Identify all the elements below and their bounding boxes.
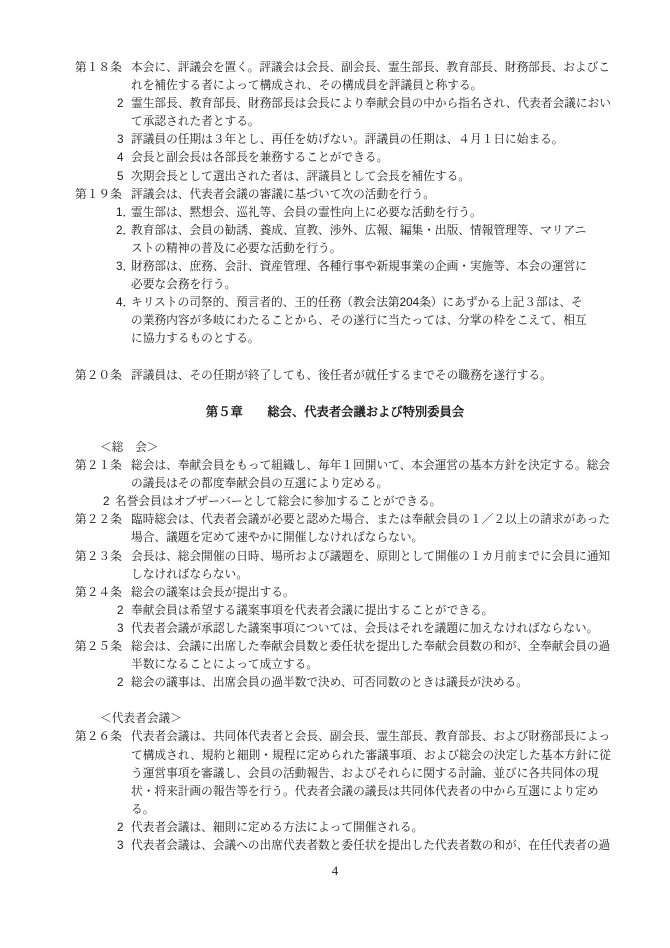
- line-text: 本会に、評議会を置く。評議会は会長、副会長、霊生部長、教育部長、財務部長、および…: [131, 59, 610, 77]
- document-line: 4．キリストの司祭的、預言者的、王的任務（教会法第204条）にあずかる上記３部は…: [0, 294, 670, 312]
- line-text: 半数になることによって成立する。: [131, 656, 318, 674]
- document-line: 3代表者会議は、会議への出席代表者数と委任状を提出した代表者数の和が、在任代表者…: [0, 837, 670, 855]
- document-line: 第２２条臨時総会は、代表者会議が必要と認めた場合、または奉献会員の１／２以上の請…: [0, 511, 670, 529]
- article-number: 第２６条: [75, 728, 122, 746]
- line-text: 評議員の任期は３年とし、再任を妨げない。評議員の任期は、４月１日に始まる。: [131, 131, 563, 149]
- line-text: て承認された者とする。: [131, 113, 260, 131]
- document-line: に協力するものとする。: [0, 330, 670, 348]
- article-number: 第１８条: [75, 59, 122, 77]
- line-text: 名誉会員はオブザーバーとして総会に参加することができる。: [115, 493, 441, 511]
- line-text: 会長は、総会開催の日時、場所および議題を、原則として開催の１カ月前までに会員に通…: [131, 548, 610, 566]
- document-line: 第２１条総会は、奉献会員をもって組織し、毎年１回開いて、本会運営の基本方針を決定…: [0, 457, 670, 475]
- document-line: る。: [0, 801, 670, 819]
- document-line: しなければならない。: [0, 566, 670, 584]
- item-number: 3: [117, 620, 124, 638]
- line-text: 霊生部長、教育部長、財務部長は会長により奉献会員の中から指名され、代表者会議にお…: [131, 95, 611, 113]
- line-text: 霊生部は、黙想会、巡礼等、会員の霊性向上に必要な活動を行う。: [131, 204, 482, 222]
- line-text: 総会は、奉献会員をもって組織し、毎年１回開いて、本会運営の基本方針を決定する。総…: [131, 457, 610, 475]
- document-page: 第１８条本会に、評議会を置く。評議会は会長、副会長、霊生部長、教育部長、財務部長…: [0, 0, 670, 948]
- line-text: 次期会長として選出された者は、評議員として会長を補佐する。: [131, 168, 470, 186]
- blank-line: [0, 421, 670, 439]
- line-text: 財務部は、庶務、会計、資産管理、各種行事や新規事業の企画・実施等、本会の運営に: [131, 258, 587, 276]
- line-text: キリストの司祭的、預言者的、王的任務（教会法第204条）にあずかる上記３部は、そ: [131, 294, 583, 312]
- line-text: 必要な会務を行う。: [131, 276, 236, 294]
- document-line: 2総会の議事は、出席会員の過半数で決め、可否同数のときは議長が決める。: [0, 674, 670, 692]
- document-line: 3．財務部は、庶務、会計、資産管理、各種行事や新規事業の企画・実施等、本会の運営…: [0, 258, 670, 276]
- item-number: 3: [117, 131, 124, 149]
- line-text: 会長と副会長は各部長を兼務することができる。: [131, 149, 388, 167]
- line-text: 臨時総会は、代表者会議が必要と認めた場合、または奉献会員の１／２以上の請求があっ…: [131, 511, 610, 529]
- document-line: 2代表者会議は、細則に定める方法によって開催される。: [0, 819, 670, 837]
- line-text: 状・将来計画の報告等を行う。代表者会議の議長は共同体代表者の中から互選により定め: [131, 783, 599, 801]
- article-number: 第２２条: [75, 511, 122, 529]
- document-line: 2霊生部長、教育部長、財務部長は会長により奉献会員の中から指名され、代表者会議に…: [0, 95, 670, 113]
- line-text: ストの精神の普及に必要な活動を行う。: [131, 240, 341, 258]
- document-line: 第１９条評議会は、代表者会議の審議に基づいて次の活動を行う。: [0, 186, 670, 204]
- line-text: ＜代表者会議＞: [100, 710, 182, 728]
- line-text: 総会の議案は会長が提出する。: [131, 584, 295, 602]
- line-text: しなければならない。: [131, 566, 248, 584]
- item-number: 3: [117, 837, 124, 855]
- line-text: 代表者会議は、細則に定める方法によって開催される。: [131, 819, 423, 837]
- document-line: 1．霊生部は、黙想会、巡礼等、会員の霊性向上に必要な活動を行う。: [0, 204, 670, 222]
- chapter-heading: 第５章 総会、代表者会議および特別委員会: [0, 403, 670, 421]
- blank-line: [0, 692, 670, 710]
- article-number: 第２５条: [75, 638, 122, 656]
- document-line: れを補佐する者によって構成され、その構成員を評議員と称する。: [0, 77, 670, 95]
- item-number: 2: [103, 493, 110, 511]
- line-text: 総会は、会議に出席した奉献会員数と委任状を提出した奉献会員数の和が、全奉献会員の…: [131, 638, 610, 656]
- line-text: 場合、議題を定めて速やかに開催しなければならない。: [131, 529, 423, 547]
- line-text: 総会の議事は、出席会員の過半数で決め、可否同数のときは議長が決める。: [131, 674, 528, 692]
- document-line: 5次期会長として選出された者は、評議員として会長を補佐する。: [0, 168, 670, 186]
- line-text: て構成され、規約と細則・規程に定められた審議事項、および総会の決定した基本方針に…: [131, 747, 611, 765]
- document-line: 第２０条評議員は、その任期が終了しても、後任者が就任するまでその職務を遂行する。: [0, 367, 670, 385]
- document-line: 状・将来計画の報告等を行う。代表者会議の議長は共同体代表者の中から互選により定め: [0, 783, 670, 801]
- article-number: 第２４条: [75, 584, 122, 602]
- document-line: 第２３条会長は、総会開催の日時、場所および議題を、原則として開催の１カ月前までに…: [0, 548, 670, 566]
- line-text: の業務内容が多岐にわたることから、その遂行に当たっては、分掌の枠をこえて、相互: [131, 312, 587, 330]
- section-tag: ＜総 会＞: [0, 439, 670, 457]
- item-number: 5: [117, 168, 124, 186]
- document-line: 3評議員の任期は３年とし、再任を妨げない。評議員の任期は、４月１日に始まる。: [0, 131, 670, 149]
- line-text: る。: [131, 801, 154, 819]
- line-text: れを補佐する者によって構成され、その構成員を評議員と称する。: [131, 77, 482, 95]
- document-line: の議長はその都度奉献会員の互選により定める。: [0, 475, 670, 493]
- blank-line: [0, 385, 670, 403]
- blank-line: [0, 349, 670, 367]
- line-text: 第５章 総会、代表者会議および特別委員会: [206, 405, 464, 419]
- article-number: 第２１条: [75, 457, 122, 475]
- line-text: 評議会は、代表者会議の審議に基づいて次の活動を行う。: [131, 186, 435, 204]
- document-line: 2名誉会員はオブザーバーとして総会に参加することができる。: [0, 493, 670, 511]
- document-line: 必要な会務を行う。: [0, 276, 670, 294]
- item-number: 2: [117, 602, 124, 620]
- line-text: う運営事項を審議し、会員の活動報告、およびそれらに関する討論、並びに各共同体の現: [131, 765, 599, 783]
- document-line: 半数になることによって成立する。: [0, 656, 670, 674]
- document-line: 第２６条代表者会議は、共同体代表者と会長、副会長、霊生部長、教育部長、および財務…: [0, 728, 670, 746]
- line-text: 代表者会議は、共同体代表者と会長、副会長、霊生部長、教育部長、および財務部長によ…: [131, 728, 610, 746]
- line-text: の議長はその都度奉献会員の互選により定める。: [131, 475, 388, 493]
- line-text: 評議員は、その任期が終了しても、後任者が就任するまでその職務を遂行する。: [131, 367, 552, 385]
- document-line: 第１８条本会に、評議会を置く。評議会は会長、副会長、霊生部長、教育部長、財務部長…: [0, 59, 670, 77]
- document-line: ストの精神の普及に必要な活動を行う。: [0, 240, 670, 258]
- document-body: 第１８条本会に、評議会を置く。評議会は会長、副会長、霊生部長、教育部長、財務部長…: [0, 59, 670, 855]
- document-line: 2奉献会員は希望する議案事項を代表者会議に提出することができる。: [0, 602, 670, 620]
- page-number: 4: [0, 864, 670, 879]
- article-number: 第２０条: [75, 367, 122, 385]
- section-tag: ＜代表者会議＞: [0, 710, 670, 728]
- line-text: に協力するものとする。: [131, 330, 260, 348]
- line-text: 教育部は、会員の勧誘、養成、宣教、渉外、広報、編集・出版、情報管理等、マリアニ: [131, 222, 586, 240]
- document-line: 場合、議題を定めて速やかに開催しなければならない。: [0, 529, 670, 547]
- line-text: 奉献会員は希望する議案事項を代表者会議に提出することができる。: [131, 602, 493, 620]
- line-text: ＜総 会＞: [100, 439, 158, 457]
- document-line: 3代表者会議が承認した議案事項については、会長はそれを議題に加えなければならない…: [0, 620, 670, 638]
- article-number: 第１９条: [75, 186, 122, 204]
- item-number: 4: [117, 149, 124, 167]
- item-number: 2: [117, 674, 124, 692]
- line-text: 代表者会議が承認した議案事項については、会長はそれを議題に加えなければならない。: [131, 620, 598, 638]
- article-number: 第２３条: [75, 548, 122, 566]
- document-line: 2．教育部は、会員の勧誘、養成、宣教、渉外、広報、編集・出版、情報管理等、マリア…: [0, 222, 670, 240]
- document-line: て承認された者とする。: [0, 113, 670, 131]
- document-line: う運営事項を審議し、会員の活動報告、およびそれらに関する討論、並びに各共同体の現: [0, 765, 670, 783]
- document-line: 4会長と副会長は各部長を兼務することができる。: [0, 149, 670, 167]
- document-line: 第２５条総会は、会議に出席した奉献会員数と委任状を提出した奉献会員数の和が、全奉…: [0, 638, 670, 656]
- document-line: て構成され、規約と細則・規程に定められた審議事項、および総会の決定した基本方針に…: [0, 747, 670, 765]
- document-line: 第２４条総会の議案は会長が提出する。: [0, 584, 670, 602]
- document-line: の業務内容が多岐にわたることから、その遂行に当たっては、分掌の枠をこえて、相互: [0, 312, 670, 330]
- line-text: 代表者会議は、会議への出席代表者数と委任状を提出した代表者数の和が、在任代表者の…: [131, 837, 610, 855]
- item-number: 2: [117, 95, 124, 113]
- item-number: 2: [117, 819, 124, 837]
